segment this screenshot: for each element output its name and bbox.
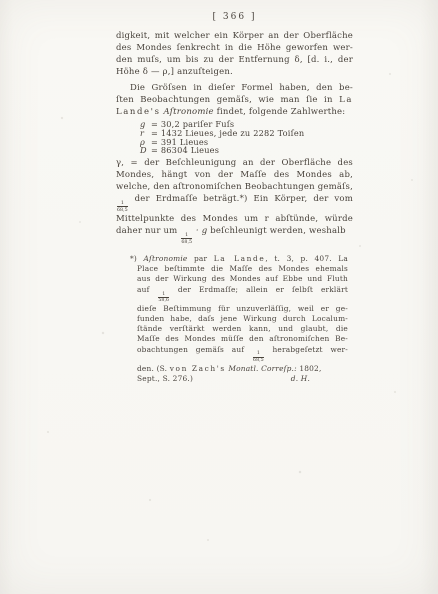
text-line: des Mondes ſenkrecht in die Höhe geworfe… xyxy=(116,42,353,54)
variable-g: · g xyxy=(193,226,207,236)
text-line: ſten Beobachtungen gemäſs, wie man ſie i… xyxy=(116,94,353,106)
text-line: Die Gröſsen in dieſer Formel haben, den … xyxy=(116,82,353,94)
fraction-moon-mass: 168,5 xyxy=(117,201,128,213)
text-line: γ, = der Beſchleunigung an der Oberfläch… xyxy=(116,157,353,169)
text-segment: herabgeſetzt wer- xyxy=(265,345,348,354)
footnote-line: *) Aſtronomie par La Lande, t. 3, p. 407… xyxy=(130,254,348,264)
text-line: Mondes, hängt von der Maſſe des Mondes a… xyxy=(116,169,353,181)
footnote-line: aus der Wirkung des Mondes auf Ebbe und … xyxy=(137,274,348,284)
paragraph-formula-values: Die Gröſsen in dieſer Formel haben, den … xyxy=(116,82,353,118)
constant-row: D= 86304 Lieues xyxy=(140,146,353,155)
text-line: digkeit, mit welcher ein Körper an der O… xyxy=(116,30,353,42)
text-segment: obachtungen gemäſs auf xyxy=(137,345,252,354)
fraction-reduced-mass: 168,5 xyxy=(253,351,264,363)
text-segment: daher nur um xyxy=(116,226,180,236)
text-line: welche, den aſtronomiſchen Beobachtungen… xyxy=(116,181,353,193)
footnote-line: obachtungen gemäſs auf 168,5 herabgeſetz… xyxy=(137,344,348,364)
text-segment: beſchleunigt werden, weshalb xyxy=(207,226,345,236)
footnote-line: Sept., S. 276.)d. H. xyxy=(137,374,348,384)
text-line: daher nur um 168,5 · g beſchleunigt werd… xyxy=(116,225,353,245)
text-segment: den. (S. xyxy=(137,364,170,373)
footnote-line: funden habe, daſs jene Wirkung durch Loc… xyxy=(137,314,348,324)
page-number: [ 366 ] xyxy=(116,12,353,22)
fraction-denominator: 68,5 xyxy=(181,238,192,245)
person-name: von Zach's xyxy=(170,364,226,373)
paragraph-gamma: γ, = der Beſchleunigung an der Oberfläch… xyxy=(116,157,353,245)
symbol-D: D xyxy=(140,146,151,155)
constant-value: = 86304 Lieues xyxy=(151,145,219,155)
fraction-denominator: 68,5 xyxy=(253,357,264,364)
text-line: Lande's Aſtronomie findet, folgende Zahl… xyxy=(116,106,353,118)
footnote-line: dieſe Beſtimmung für unzuverläſſig, weil… xyxy=(137,304,348,314)
text-segment: , t. 3, p. 407. La xyxy=(265,254,348,263)
book-page-scan: [ 366 ] digkeit, mit welcher ein Körper … xyxy=(0,0,438,594)
footnote-marker: *) xyxy=(130,254,143,263)
text-segment: auf xyxy=(137,285,157,294)
constants-list: g= 30,2 pariſer Fuſs r= 1432 Lieues, jed… xyxy=(140,120,353,155)
text-line: 168,5 der Erdmaſſe beträgt.*) Ein Körper… xyxy=(116,193,353,213)
text-line: den muſs, um bis zu der Entfernung δ, [d… xyxy=(116,54,353,66)
work-title: Aſtronomie xyxy=(143,254,187,263)
person-name: Lande's xyxy=(116,107,161,117)
text-line: Höhe δ — ρ,] anzuſteigen. xyxy=(116,66,353,78)
paragraph-continuation: digkeit, mit welcher ein Körper an der O… xyxy=(116,30,353,78)
fraction-acceleration: 168,5 xyxy=(181,233,192,245)
fraction-denominator: 68,5 xyxy=(117,206,128,213)
text-segment: ſten Beobachtungen gemäſs, wie man ſie i… xyxy=(116,95,339,105)
text-segment: findet, folgende Zahlwerthe: xyxy=(214,107,346,117)
work-title: Monatl. Correſp.: xyxy=(228,364,296,373)
footnote-line: Maſſe des Mondes müſſe den aſtronomiſche… xyxy=(137,334,348,344)
editor-signature: d. H. xyxy=(291,374,310,384)
text-segment: der Erdmaſſe beträgt.*) Ein Körper, der … xyxy=(129,194,353,204)
work-title: Aſtronomie xyxy=(161,107,214,117)
footnote-line: ſtände verſtärkt werden kann, und glaubt… xyxy=(137,324,348,334)
person-name: La Lande xyxy=(214,254,266,263)
text-segment: par xyxy=(187,254,213,263)
text-line: Mittelpunkte des Mondes um r abſtünde, w… xyxy=(116,213,353,225)
footnote-line: auf 158,6 der Erdmaſſe; allein er ſelbſt… xyxy=(137,284,348,304)
text-segment: der Erdmaſſe; allein er ſelbſt erklärt xyxy=(170,285,348,294)
text-block: [ 366 ] digkeit, mit welcher ein Körper … xyxy=(116,12,353,384)
text-segment: 1802, xyxy=(297,364,322,373)
footnote: *) Aſtronomie par La Lande, t. 3, p. 407… xyxy=(130,254,348,384)
fraction-denominator: 58,6 xyxy=(158,297,169,304)
text-segment: Sept., S. 276.) xyxy=(137,374,193,384)
fraction-tide-mass: 158,6 xyxy=(158,292,169,304)
footnote-line: Place beſtimmte die Maſſe des Mondes ehe… xyxy=(137,264,348,274)
footnote-line: den. (S. von Zach's Monatl. Correſp.: 18… xyxy=(137,364,348,374)
person-name: La xyxy=(339,95,353,105)
